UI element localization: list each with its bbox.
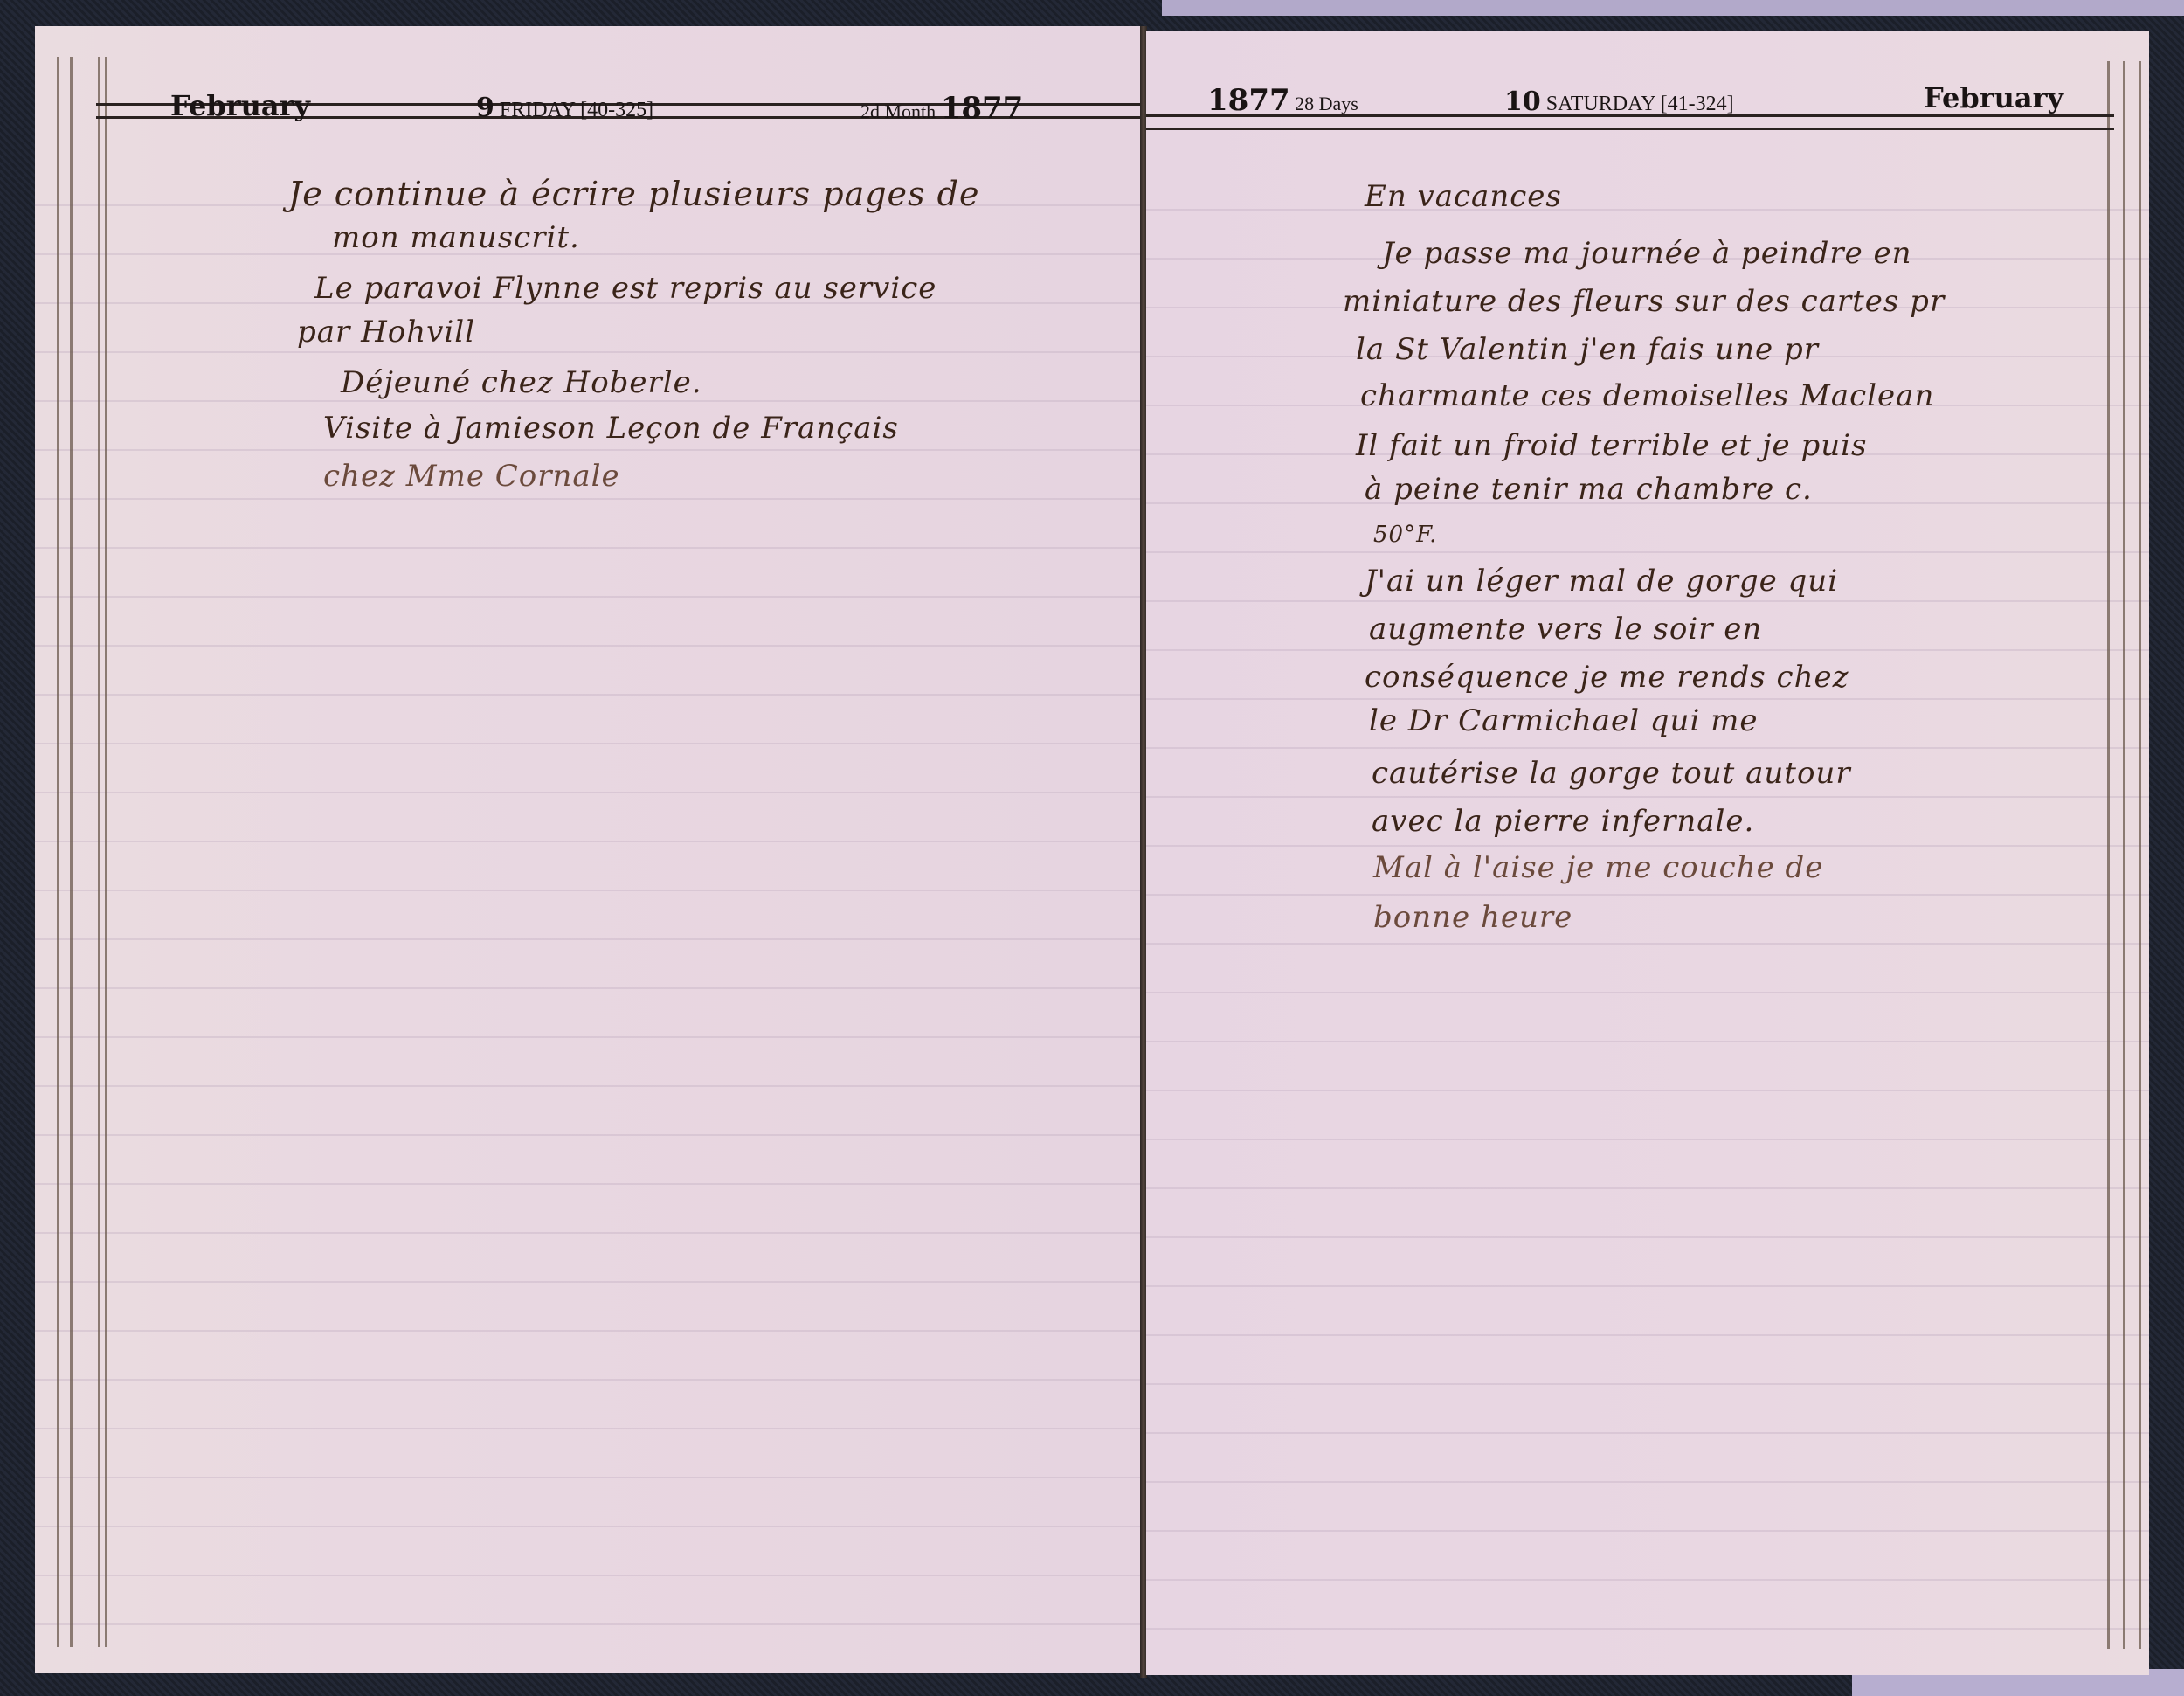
page-stack-edge (98, 57, 100, 1647)
month-ordinal: 2d Month (860, 100, 936, 122)
header-year: 1877 28 Days (1207, 83, 1358, 118)
entry-line: Le paravoi Flynne est repris au service (314, 271, 936, 306)
page-stack-edge (57, 57, 59, 1647)
page-stack-edge (2123, 61, 2125, 1649)
entry-line: avec la pierre infernale. (1372, 804, 1754, 839)
header-month: February (1924, 81, 2063, 114)
days-in-month: 28 Days (1295, 93, 1358, 114)
left-page: February 9 FRIDAY [40-325] 2d Month 1877… (35, 26, 1143, 1673)
entry-line: chez Mme Cornale (323, 459, 620, 494)
entry-line: le Dr Carmichael qui me (1369, 703, 1759, 738)
entry-line: J'ai un léger mal de gorge qui (1365, 564, 1838, 599)
entry-line: bonne heure (1373, 900, 1572, 935)
year: 1877 (941, 91, 1024, 126)
entry-line: 50°F. (1373, 522, 1437, 548)
background-surface (1162, 0, 2184, 16)
entry-line: En vacances (1365, 179, 1562, 214)
day-number: 9 (476, 93, 494, 123)
entry-line: Déjeuné chez Hoberle. (341, 365, 702, 400)
entry-line: Visite à Jamieson Leçon de Français (323, 411, 899, 446)
entry-line: Je passe ma journée à peindre en (1382, 236, 1912, 271)
entry-line: mon manuscrit. (332, 220, 580, 255)
entry-line: charmante ces demoiselles Maclean (1360, 378, 1934, 413)
header-day: 10 SATURDAY [41-324] (1504, 87, 1734, 117)
entry-line: Mal à l'aise je me couche de (1373, 850, 1823, 885)
entry-line: cautérise la gorge tout autour (1372, 756, 1851, 791)
page-stack-edge (2107, 61, 2110, 1649)
page-stack-edge (2139, 61, 2141, 1649)
page-stack-edge (105, 57, 107, 1647)
page-stack-edge (70, 57, 73, 1647)
day-range: [41-324] (1661, 93, 1734, 115)
day-name: FRIDAY (500, 99, 575, 121)
entry-line: conséquence je me rends chez (1365, 660, 1849, 695)
entry-line: Il fait un froid terrible et je puis (1356, 428, 1867, 463)
header-day: 9 FRIDAY [40-325] (476, 93, 653, 123)
entry-line: à peine tenir ma chambre c. (1365, 472, 1813, 507)
entry-line: Je continue à écrire plusieurs pages de (288, 175, 979, 213)
header-year: 2d Month 1877 (860, 91, 1023, 126)
entry-line: augmente vers le soir en (1369, 612, 1762, 647)
year: 1877 (1207, 83, 1290, 118)
right-page: 1877 28 Days 10 SATURDAY [41-324] Februa… (1146, 31, 2149, 1675)
day-range: [40-325] (580, 99, 653, 121)
day-name: SATURDAY (1546, 93, 1655, 115)
entry-line: par Hohvill (297, 315, 475, 350)
entry-line: la St Valentin j'en fais une pr (1356, 332, 1819, 367)
entry-line: miniature des fleurs sur des cartes pr (1343, 284, 1945, 319)
day-number: 10 (1504, 87, 1541, 117)
header-month: February (170, 89, 310, 122)
